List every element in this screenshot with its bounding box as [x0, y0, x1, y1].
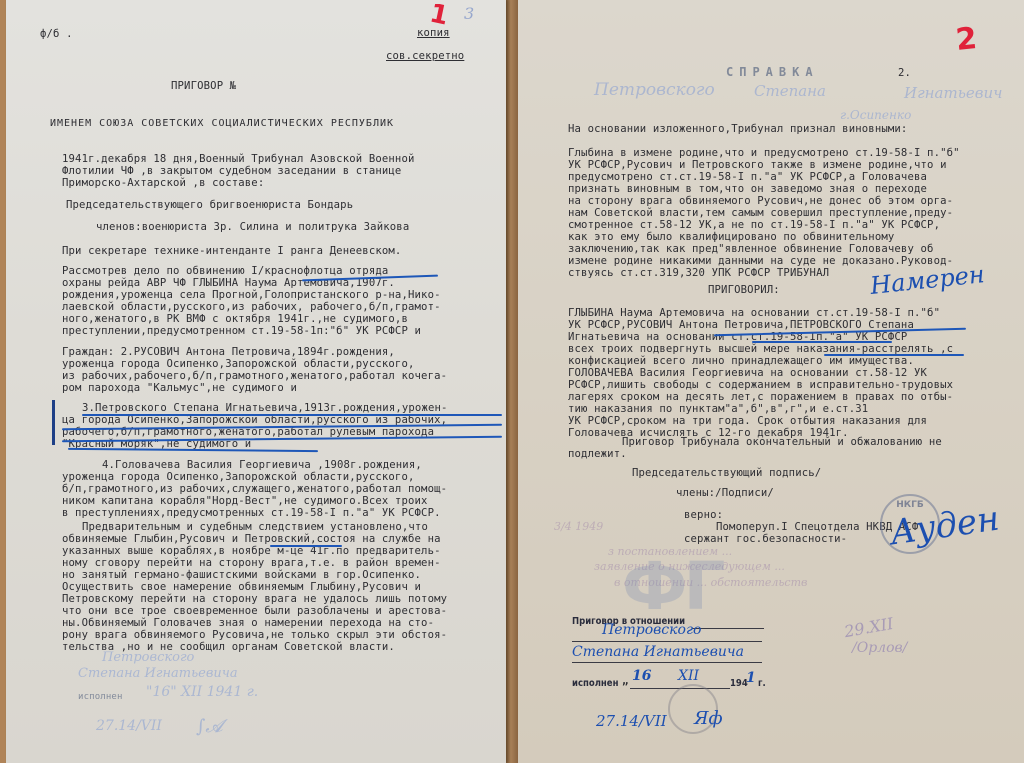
findings-line-4: ному сговору перейти на сторону врага,т.… [62, 558, 441, 570]
form-field-line [572, 641, 762, 642]
underline-annotation [752, 341, 892, 343]
final-statement-line-2: подлежит. [568, 449, 627, 461]
verdict-line-2: УК РСФСР,Русович и Петровского также в и… [568, 160, 947, 172]
page-number-pencil: 3 [464, 4, 474, 23]
executed-label: исполнен [78, 692, 123, 704]
signature-scribble: ∫𝓐 [196, 716, 223, 737]
certifier-line-2: сержант гос.безопасности- [684, 534, 847, 546]
sentenced-heading: ПРИГОВОРИЛ: [708, 285, 780, 297]
form-name-surname: Петровского [602, 622, 701, 638]
faded-pencil-date: 29.XII [843, 614, 895, 641]
faded-handwriting-4: г.Осипенко [840, 108, 911, 122]
defendant-4-line-2: уроженца города Осипенко,Запорожской обл… [62, 472, 415, 484]
margin-bar-annotation [52, 400, 55, 445]
document-page-2: 2 2. СПРАВКА Петровского Степана Игнатье… [518, 0, 1024, 763]
defendant-1-line-6: преступлении,предусмотренном ст.19-58-1п… [62, 326, 421, 338]
verdict-line-10: измене родине никакими данными на суде н… [568, 256, 953, 268]
form-quote-open: „ [622, 676, 629, 688]
findings-line-6: Осуществить свое намерение обвиняемым Гл… [62, 582, 421, 594]
verdict-line-9: заключению,так как пред"явленное обвинен… [568, 244, 934, 256]
final-statement-line-1: Приговор Трибунала окончательный и обжал… [622, 437, 942, 449]
findings-line-3: указанных выше кораблях,в ноябре м-це 41… [62, 546, 441, 558]
sentence-line-5: конфискацией всего лично принадлежащего … [568, 356, 914, 368]
underline-annotation [82, 414, 502, 416]
page-number-red: 2 [954, 21, 978, 58]
defendant-3-line-1: 3.Петровского Степана Игнатьевича,1913г.… [82, 403, 448, 415]
form-day: 16 [632, 668, 651, 684]
form-year-suffix: 1 [746, 670, 756, 686]
intro-line-1: 1941г.декабря 18 дня,Военный Трибунал Аз… [62, 154, 415, 166]
form-year-g: г. [758, 678, 766, 689]
underline-annotation [270, 545, 342, 547]
faded-handwriting-3: Игнатьевич [904, 84, 1002, 102]
copy-mark: копия [417, 28, 450, 40]
classification-label: сов.секретно [386, 51, 464, 63]
page-number-typed: 2. [898, 68, 911, 80]
verdict-line-7: смотренное ст.58-12 УК,а не по ст.19-58-… [568, 220, 940, 232]
page-gutter [506, 0, 518, 763]
defendant-4-line-5: в преступлениях,предусмотренных ст.19-58… [62, 508, 441, 520]
defendant-4-line-3: б/п,грамотного,из рабочих,служащего,жена… [62, 484, 447, 496]
sentence-line-9: тию наказания по пунктам"а",б",в",г",и е… [568, 404, 868, 416]
intro-line-3: Приморско-Ахтарской ,в составе: [62, 178, 264, 190]
document-ref: ф/б . [40, 29, 73, 41]
findings-line-8: что они все трое своевременное были разо… [62, 606, 447, 618]
findings-line-5: но занятый германо-фашистскими войсками … [62, 570, 421, 582]
verdict-line-8: как это ему было квалифицировано по обви… [568, 232, 894, 244]
defendant-2-line-3: из рабочих,рабочего,б/п,грамотного,женат… [62, 371, 447, 383]
verdict-line-11: ствуясь ст.ст.319,320 УПК РСФСР ТРИБУНАЛ [568, 268, 829, 280]
document-page-1: ф/б . 1 3 копия сов.секретно ПРИГОВОР № … [6, 0, 506, 763]
defendant-2-line-4: ром парохода "Кальмус",не судимого и [62, 383, 297, 395]
defendant-1-line-5: ного,женатого,в РК ВМФ с октября 1941г.,… [62, 314, 408, 326]
verdict-intro: На основании изложенного,Трибунал призна… [568, 124, 907, 136]
sentence-line-10: УК РСФСР,сроком на три года. Срок отбыти… [568, 416, 927, 428]
sentence-line-7: РСФСР,лишить свободы с содержанием в исп… [568, 380, 953, 392]
defendant-4-line-4: ником капитана корабля"Норд-Вест",не суд… [62, 496, 428, 508]
findings-line-10: рону врага обвиняемого Русовича,не тольк… [62, 630, 447, 642]
intro-line-2: Флотилии ЧФ ,в закрытом судебном заседан… [62, 166, 401, 178]
faded-handwriting-1: Петровского [594, 80, 715, 100]
verdict-line-3: предусмотрено ст.ст.19-58-I п."а" УК РСФ… [568, 172, 927, 184]
defendant-4-line-1: 4.Головачева Василия Георгиевича ,1908г.… [102, 460, 422, 472]
faded-stamp-mark: ФГ [622, 548, 722, 625]
form-field-line [572, 662, 762, 663]
defendant-1-line-3: рождения,уроженца села Прогной,Голоприст… [62, 290, 441, 302]
form-name-given: Степана Игнатьевича [572, 644, 744, 660]
sentence-line-8: лагерях сроком на десять лет,с поражение… [568, 392, 953, 404]
defendant-1-line-1: Рассмотрев дело по обвинению I/краснофло… [62, 266, 388, 278]
document-title: ПРИГОВОР № [171, 81, 236, 93]
sentence-line-6: ГОЛОВАЧЕВА Василия Георгиевича на основа… [568, 368, 927, 380]
findings-line-2: обвиняемые Глыбин,Русович и Петровский,с… [62, 534, 441, 546]
findings-line-9: ны.Обвиняемый Головачев зная о намерении… [62, 618, 434, 630]
members-line: членов:военюриста 3р. Силина и политрука… [96, 222, 409, 234]
defendant-2-line-2: уроженца города Осипенко,Запорожской обл… [62, 359, 415, 371]
secretary-line: При секретаре технике-интенданте I ранга… [62, 246, 401, 258]
defendant-1-line-4: лаевской области,русского,из рабочих, ра… [62, 302, 441, 314]
verdict-line-1: Глыбина в измене родине,что и предусмотр… [568, 148, 960, 160]
underline-annotation [68, 448, 318, 452]
defendant-2-line-1: Граждан: 2.РУСОВИЧ Антона Петровича,1894… [62, 347, 395, 359]
document-subtitle: ИМЕНЕМ СОЮЗА СОВЕТСКИХ СОЦИАЛИСТИЧЕСКИХ … [50, 118, 394, 130]
verdict-line-6: нам Советской власти,тем самым совершил … [568, 208, 953, 220]
faded-handwriting-2: Степана [754, 82, 826, 100]
faded-header: СПРАВКА [726, 67, 819, 79]
form-executed-label: исполнен [572, 678, 618, 689]
verdict-line-5: на сторону врага обвиняемого Русович,не … [568, 196, 953, 208]
handwritten-annotation: 27.14/VII [96, 718, 162, 734]
bleed-through-text: 3/4 1949 [554, 520, 603, 533]
form-signature: Яф [694, 708, 723, 729]
form-month: XII [678, 668, 699, 684]
chairman-line: Председательствующего бригвоенюриста Бон… [66, 200, 353, 212]
findings-line-1: Предварительным и судебным следствием ус… [82, 522, 428, 534]
form-field-line [692, 628, 764, 629]
certified-label: верно: [684, 510, 723, 522]
faded-pencil-name: /Орлов/ [852, 640, 907, 656]
signature-members: члены:/Подписи/ [676, 488, 774, 500]
signature-chair: Председательствующий подпись/ [632, 468, 821, 480]
sentence-line-1: ГЛЫБИНА Наума Артемовича на основании ст… [568, 308, 940, 320]
form-annotation: 27.14/VII [596, 712, 667, 730]
verdict-line-4: признать виновным в том,что он заведомо … [568, 184, 927, 196]
underline-annotation [824, 354, 964, 356]
findings-line-7: Петровскому перейти на сторону врага не … [62, 594, 447, 606]
handwritten-surname: Петровского [102, 650, 194, 665]
handwritten-name: Степана Игнатьевича [78, 666, 238, 681]
executed-date: "16" XII 1941 г. [146, 684, 258, 700]
